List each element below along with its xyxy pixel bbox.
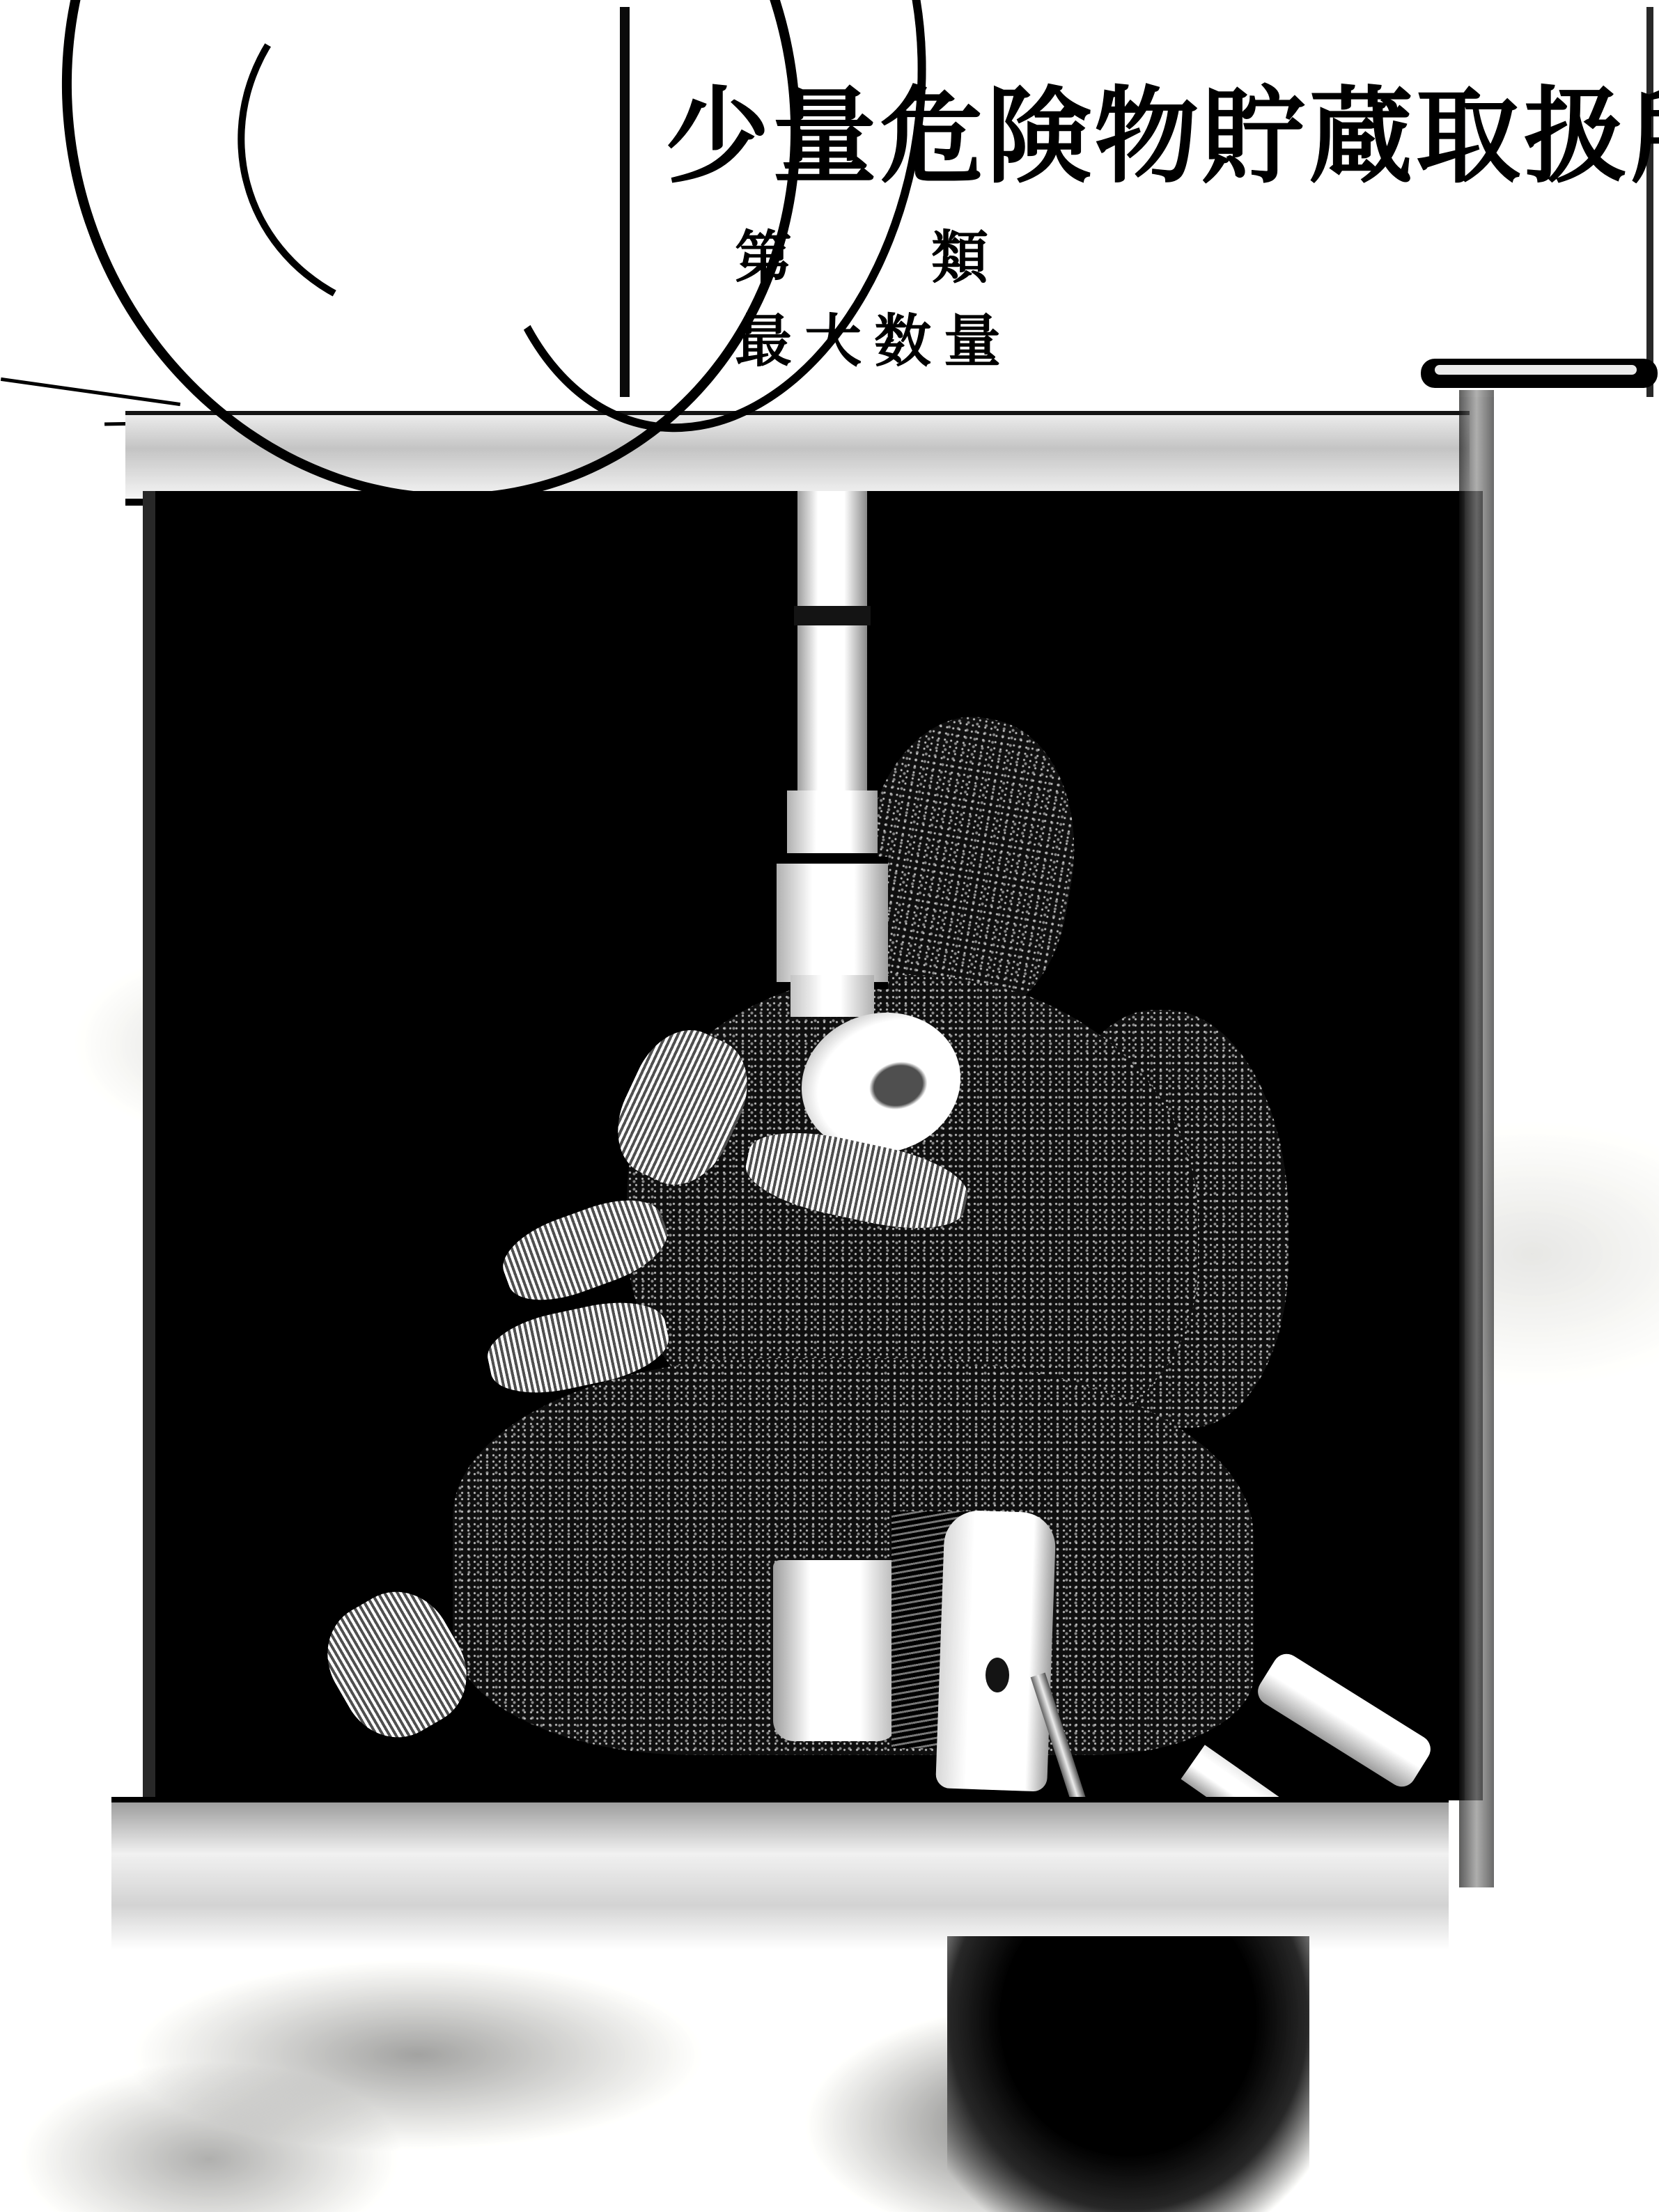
pipe-coupling <box>787 790 878 859</box>
white-pipe <box>797 491 867 797</box>
conduit-highlight <box>1435 365 1637 375</box>
drain-stain <box>947 1936 1309 2212</box>
wooden-block <box>935 1509 1057 1791</box>
photograph: 少量危険物貯蔵取扱所 第類 最大数量 <box>0 0 1659 2212</box>
pipe-clamp <box>794 606 871 625</box>
concrete-sill <box>111 1797 1449 1949</box>
pipe-coupling <box>777 857 888 989</box>
tin-can <box>773 1560 898 1741</box>
wooden-block-hole <box>986 1658 1009 1692</box>
opening-frame-edge <box>1459 390 1494 1887</box>
pipe-elbow <box>790 975 874 1017</box>
